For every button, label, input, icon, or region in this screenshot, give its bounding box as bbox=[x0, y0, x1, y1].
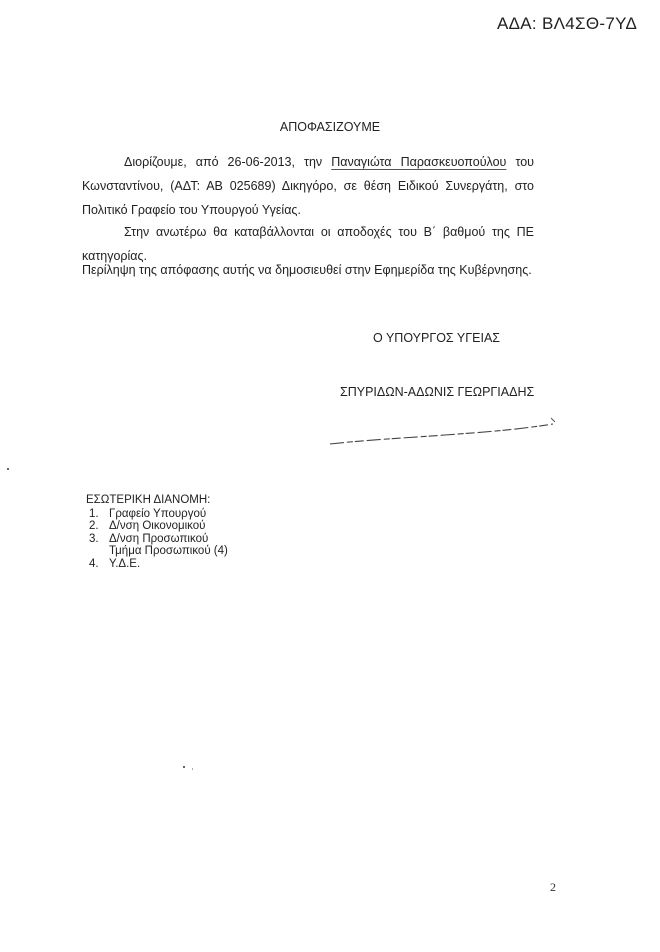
appointment-text: Διορίζουμε, από 26-06-2013, την bbox=[124, 155, 331, 169]
page-number: 2 bbox=[550, 880, 556, 895]
item-number: 1. bbox=[86, 508, 109, 521]
item-number: 2. bbox=[86, 520, 109, 533]
appointment-line-3: Πολιτικό Γραφείο του Υπουργού Υγείας. bbox=[82, 198, 534, 222]
appointment-line-1: Διορίζουμε, από 26-06-2013, την Παναγιώτ… bbox=[82, 150, 534, 174]
salary-text: Στην ανωτέρω θα καταβάλλονται οι αποδοχέ… bbox=[124, 225, 534, 239]
publication-paragraph: Περίληψη της απόφασης αυτής να δημοσιευθ… bbox=[82, 258, 552, 282]
item-text: Υ.Δ.Ε. bbox=[109, 558, 140, 570]
scan-speck bbox=[192, 768, 193, 770]
distribution-title: ΕΣΩΤΕΡΙΚΗ ΔΙΑΝΟΜΗ: bbox=[86, 494, 228, 507]
distribution-item: 4.Υ.Δ.Ε. bbox=[86, 558, 228, 571]
document-page: ΑΔΑ: ΒΛ4ΣΘ-7ΥΔ ΑΠΟΦΑΣΙΖΟΥΜΕ Διορίζουμε, … bbox=[0, 0, 660, 952]
scan-speck bbox=[7, 468, 9, 470]
minister-name: ΣΠΥΡΙΔΩΝ-ΑΔΩΝΙΣ ΓΕΩΡΓΙΑΔΗΣ bbox=[340, 385, 534, 399]
scan-speck bbox=[183, 766, 185, 768]
ada-code: ΑΔΑ: ΒΛ4ΣΘ-7ΥΔ bbox=[497, 14, 637, 34]
internal-distribution: ΕΣΩΤΕΡΙΚΗ ΔΙΑΝΟΜΗ: 1.Γραφείο Υπουργού 2.… bbox=[86, 494, 228, 570]
appointment-paragraph: Διορίζουμε, από 26-06-2013, την Παναγιώτ… bbox=[82, 150, 534, 222]
appointee-name: Παναγιώτα Παρασκευοπούλου bbox=[331, 155, 506, 169]
signature-stroke bbox=[325, 408, 560, 448]
salary-line-1: Στην ανωτέρω θα καταβάλλονται οι αποδοχέ… bbox=[82, 220, 534, 244]
distribution-item: 1.Γραφείο Υπουργού bbox=[86, 508, 228, 521]
appointment-text-suffix: του bbox=[506, 155, 534, 169]
item-text: Γραφείο Υπουργού bbox=[109, 508, 206, 520]
item-number: 3. bbox=[86, 533, 109, 546]
item-text: Δ/νση Προσωπικού bbox=[109, 533, 208, 545]
distribution-subitem: Τμήμα Προσωπικού (4) bbox=[86, 545, 228, 558]
distribution-item: 3.Δ/νση Προσωπικού bbox=[86, 533, 228, 546]
item-text: Δ/νση Οικονομικού bbox=[109, 520, 205, 532]
decision-heading: ΑΠΟΦΑΣΙΖΟΥΜΕ bbox=[0, 120, 660, 134]
minister-title: Ο ΥΠΟΥΡΓΟΣ ΥΓΕΙΑΣ bbox=[373, 331, 500, 345]
item-number: 4. bbox=[86, 558, 109, 571]
appointment-line-2: Κωνσταντίνου, (ΑΔΤ: ΑΒ 025689) Δικηγόρο,… bbox=[82, 174, 534, 198]
distribution-item: 2.Δ/νση Οικονομικού bbox=[86, 520, 228, 533]
